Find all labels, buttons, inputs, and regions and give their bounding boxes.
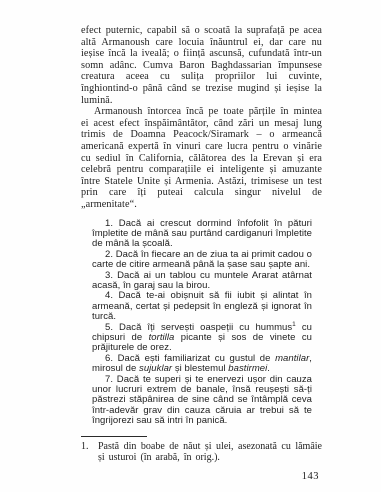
- text-segment: 2. Dacă în fiecare an de ziua ta ai prim…: [92, 249, 312, 270]
- text-column: efect puternic, capabil să o scoată la s…: [81, 25, 322, 482]
- footnote-area: 1. Pastă din boabe de năut și ulei, asez…: [81, 436, 322, 464]
- text-segment: 3. Dacă ai un tablou cu muntele Ararat a…: [92, 270, 312, 291]
- footnote-text: Pastă din boabe de năut și ulei, asezona…: [98, 441, 322, 464]
- italic-term: tortilla: [149, 332, 175, 343]
- text-segment: 6. Dacă ești familiarizat cu gustul de: [105, 353, 275, 364]
- page-number: 143: [81, 471, 322, 482]
- quiz-item-7: 7. Dacă te superi și te enervezi ușor di…: [92, 375, 312, 427]
- quiz-item-3: 3. Dacă ai un tablou cu muntele Ararat a…: [92, 271, 312, 292]
- quiz-item-5: 5. Dacă îți servești oaspeții cu hummus1…: [92, 323, 312, 354]
- text-segment: 7. Dacă te superi și te enervezi ușor di…: [92, 374, 312, 427]
- body-paragraph-1: efect puternic, capabil să o scoată la s…: [81, 25, 322, 106]
- quiz-item-2: 2. Dacă în fiecare an de ziua ta ai prim…: [92, 250, 312, 271]
- quiz-item-6: 6. Dacă ești familiarizat cu gustul de m…: [92, 354, 312, 375]
- text-segment: 5. Dacă îți servești oaspeții cu hummus: [105, 322, 292, 333]
- text-segment: și blestemul: [172, 363, 228, 374]
- text-segment: 4. Dacă te-ai obișnuit să fii iubit și a…: [92, 290, 312, 322]
- book-page: efect puternic, capabil să o scoată la s…: [0, 0, 381, 492]
- footnote-separator-rule: [81, 436, 147, 437]
- text-segment: 1. Dacă ai crescut dormind înfofolit în …: [92, 218, 312, 250]
- italic-term: sujuklar: [139, 363, 172, 374]
- footnote-marker: 1.: [81, 441, 89, 453]
- italic-term: mantilar: [275, 353, 309, 364]
- quiz-item-4: 4. Dacă te-ai obișnuit să fii iubit și a…: [92, 291, 312, 322]
- italic-term: bastirmei: [228, 363, 267, 374]
- quiz-item-1: 1. Dacă ai crescut dormind înfofolit în …: [92, 219, 312, 250]
- footnote: 1. Pastă din boabe de năut și ulei, asez…: [81, 441, 322, 464]
- quiz-list: 1. Dacă ai crescut dormind înfofolit în …: [92, 219, 312, 427]
- text-segment: .: [267, 363, 270, 374]
- body-paragraph-2: Armanoush întorcea încă pe toate părțile…: [81, 106, 322, 210]
